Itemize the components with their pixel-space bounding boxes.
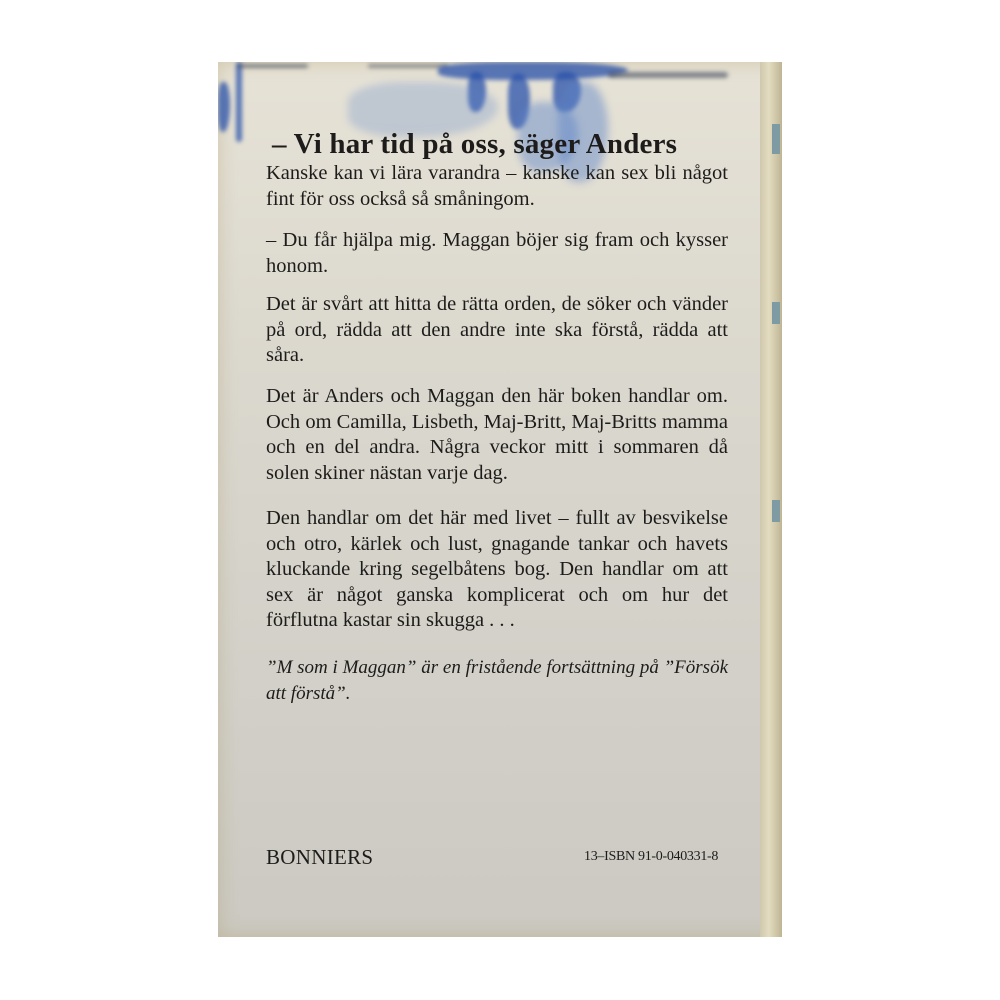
edge-mark (772, 500, 780, 522)
ink-stain (608, 72, 728, 78)
blurb-paragraph-3: Det är svårt att hitta de rätta orden, d… (266, 292, 728, 369)
ink-stain (218, 82, 230, 132)
blurb-paragraph-4: Det är Anders och Maggan den här boken h… (266, 384, 728, 486)
series-note: ”M som i Maggan” är en fristående fortsä… (266, 655, 728, 706)
publisher-name: BONNIERS (266, 845, 373, 870)
ink-stain (236, 62, 242, 142)
headline: – Vi har tid på oss, säger Anders (272, 128, 677, 161)
ink-stain (238, 64, 308, 68)
ink-stain (368, 64, 448, 68)
edge-mark (772, 302, 780, 324)
book-spine-edge (760, 62, 782, 937)
isbn: 13–ISBN 91-0-040331-8 (584, 849, 718, 865)
blurb-paragraph-5: Den handlar om det här med livet – fullt… (266, 506, 728, 634)
edge-mark (772, 124, 780, 154)
ink-stain (438, 62, 628, 80)
blurb-paragraph-2: – Du får hjälpa mig. Maggan böjer sig fr… (266, 228, 728, 279)
blurb-paragraph-1: Kanske kan vi lära varandra – kanske kan… (266, 161, 728, 212)
book-back-cover: – Vi har tid på oss, säger Anders Kanske… (218, 62, 782, 937)
